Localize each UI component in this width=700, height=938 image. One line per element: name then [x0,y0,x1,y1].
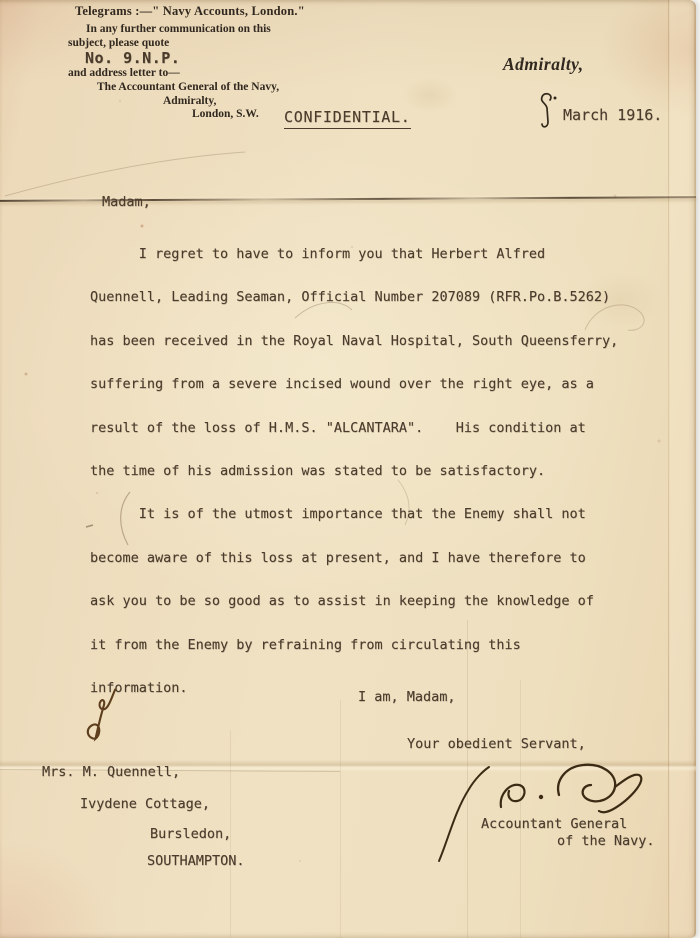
letterhead-note-line1: In any further communication on this [86,23,271,35]
body-line: it from the Enemy by refraining from cir… [90,624,670,667]
body-line: It is of the utmost importance that the … [90,493,670,536]
date-line: March 1916. [563,106,662,124]
heading-place: Admiralty, [503,54,584,75]
recipient-address-line2: Bursledon, [150,826,231,842]
body-line: result of the loss of H.M.S. "ALCANTARA"… [90,407,670,450]
recipient-name: Mrs. M. Quennell, [42,764,180,780]
letterhead-note-line2: subject, please quote [68,37,169,49]
vertical-crease [340,700,341,938]
body-line: suffering from a severe incised wound ov… [90,363,670,406]
body-line: the time of his admission was stated to … [90,450,670,493]
body-line: Quennell, Leading Seaman, Official Numbe… [90,276,670,319]
closing-i-am: I am, Madam, [358,689,456,705]
reference-number: No. 9.N.P. [85,49,180,67]
letterhead-address-line1: The Accountant General of the Navy, [97,81,279,93]
letterhead-address-line3: London, S.W. [192,108,259,120]
confidential-stamp: CONFIDENTIAL. [284,108,411,129]
letterhead-address-intro: and address letter to— [68,67,180,79]
letterhead-address-line2: Admiralty, [163,95,216,107]
letter-body: I regret to have to inform you that Herb… [90,233,670,710]
body-line: has been received in the Royal Naval Hos… [90,320,670,363]
salutation: Madam, [102,194,151,210]
handwritten-signature [425,745,655,865]
body-line: I regret to have to inform you that Herb… [90,233,670,276]
recipient-address-line1: Ivydene Cottage, [80,796,210,812]
right-fold-highlight [670,0,694,938]
scanned-letter-page: { "letterhead": { "telegrams": "Telegram… [0,0,700,938]
recipient-address-line3: SOUTHAMPTON. [147,853,245,869]
body-line: become aware of this loss at present, an… [90,537,670,580]
body-line: ask you to be so good as to assist in ke… [90,580,670,623]
handwritten-day-mark [534,92,560,130]
letterhead-telegrams: Telegrams :—" Navy Accounts, London." [75,4,305,19]
